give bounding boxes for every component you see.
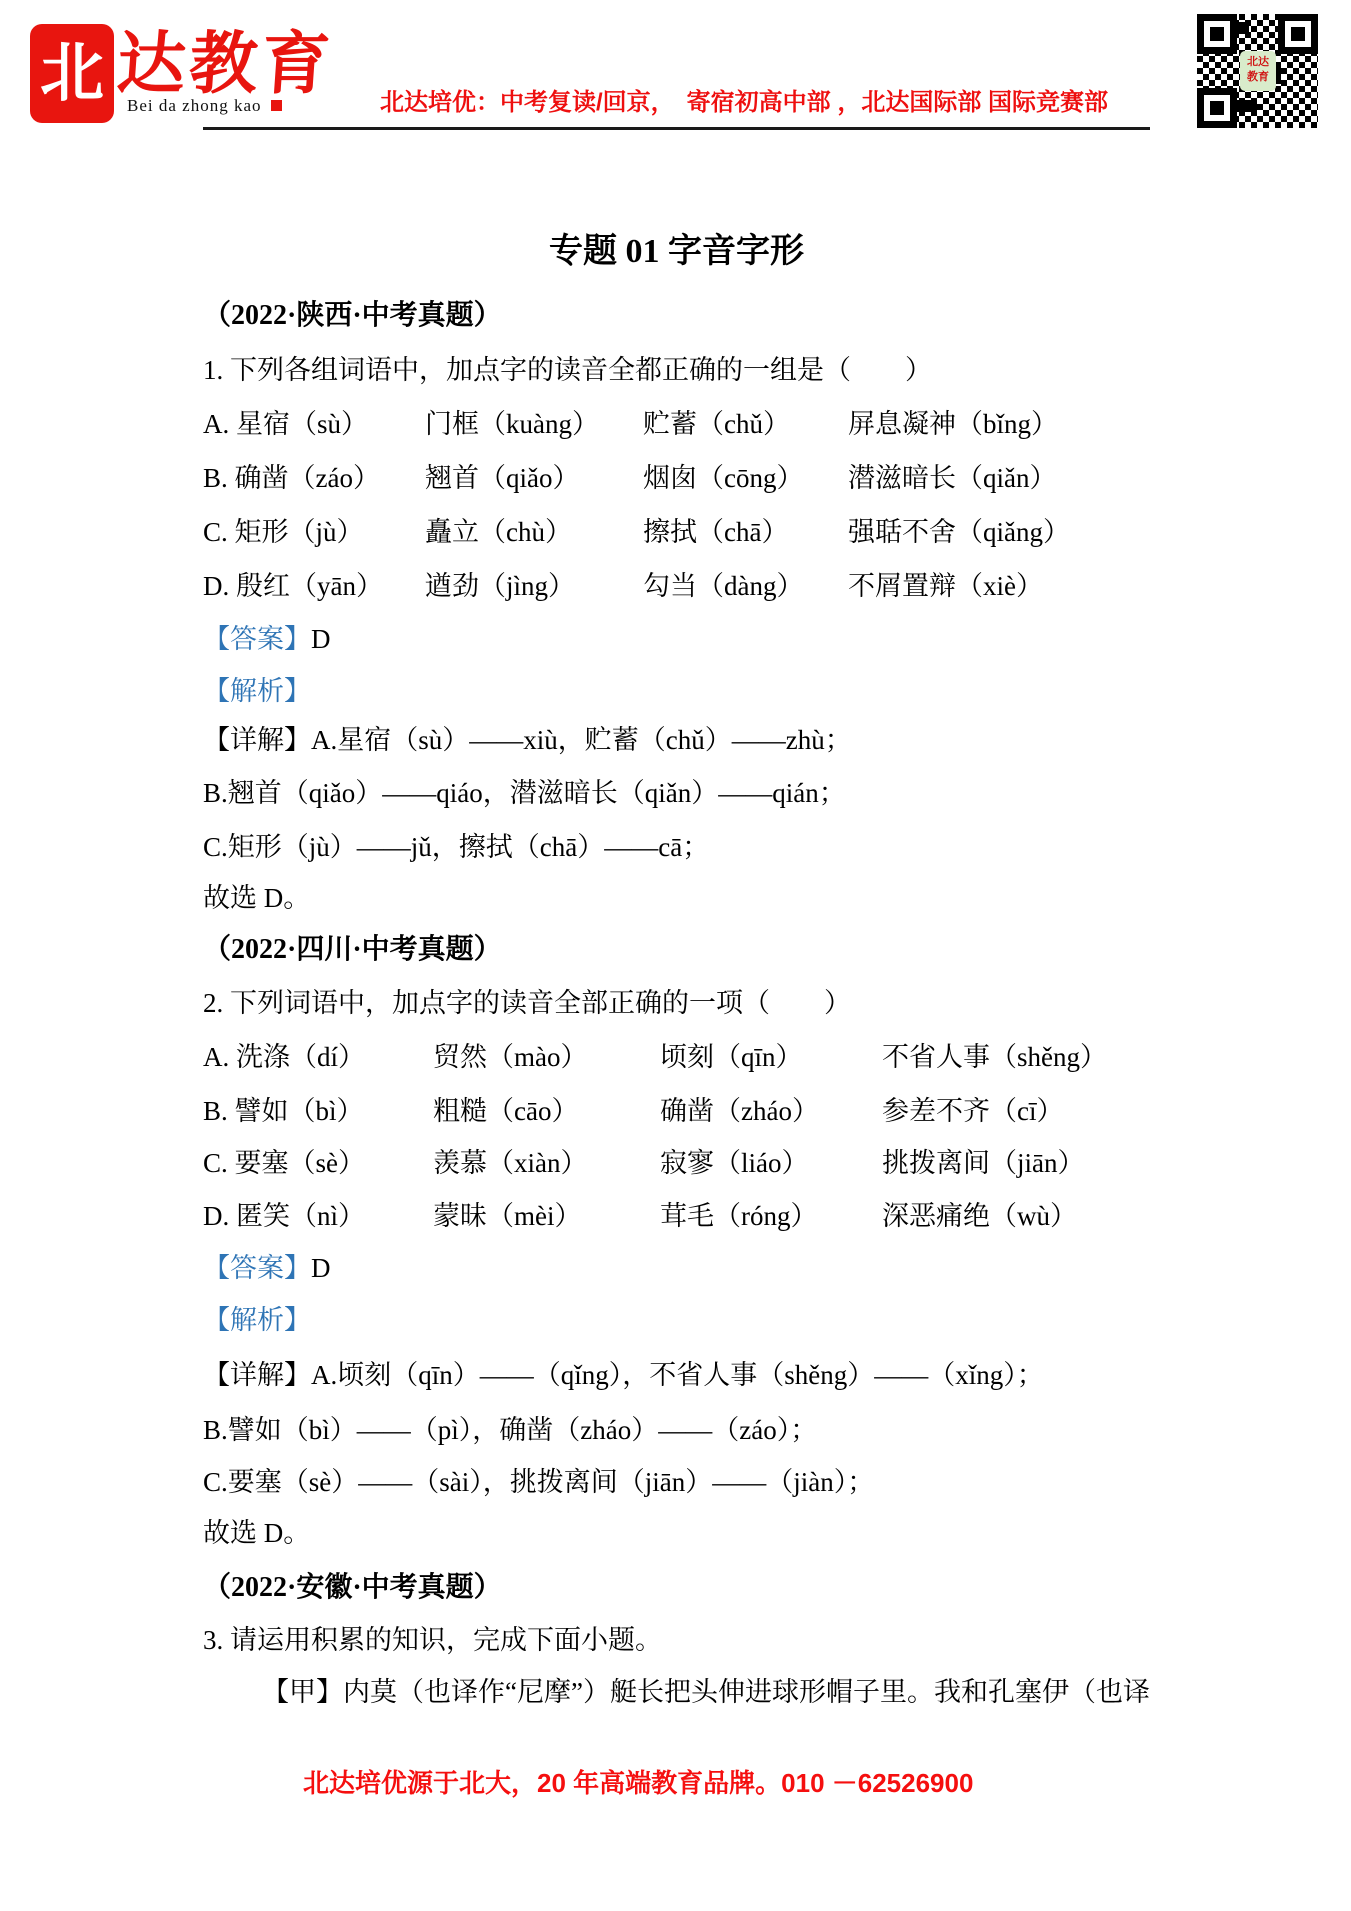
question2-option-row-d: D. 匿笑（nì） 蒙昧（mèi） 茸毛（róng） 深恶痛绝（wù）	[203, 1189, 1163, 1243]
question2-source: （2022·四川·中考真题）	[203, 923, 1163, 977]
option-cell: 遒劲（jìng）	[425, 559, 575, 613]
answer-label: 【答案】	[203, 624, 311, 654]
qr-badge-text-bottom: 教育	[1240, 70, 1276, 85]
option-cell: B. 譬如（bì）	[203, 1084, 364, 1138]
option-cell: B. 确凿（záo）	[203, 451, 380, 505]
question1-analysis-line: 【解析】	[203, 664, 1163, 718]
option-cell: 不屑置辩（xiè）	[848, 559, 1043, 613]
option-cell: 擦拭（chā）	[643, 505, 788, 559]
option-cell: 顷刻（qīn）	[660, 1030, 803, 1084]
option-cell: 参差不齐（cī）	[882, 1084, 1064, 1138]
option-cell: 烟囱（cōng）	[643, 451, 803, 505]
logo-seal-char: 北	[30, 24, 114, 123]
question1-detail-2: B.翘首（qiǎo）——qiáo，潜滋暗长（qiǎn）——qián；	[203, 766, 1163, 820]
question1-conclusion: 故选 D。	[203, 871, 1163, 925]
option-cell: 挑拨离间（jiān）	[882, 1136, 1085, 1190]
option-cell: 门框（kuàng）	[425, 397, 599, 451]
logo-brand-text: 达教育	[115, 10, 337, 102]
red-square-icon	[271, 100, 282, 111]
answer-label: 【答案】	[203, 1253, 311, 1283]
logo-seal: 北	[30, 24, 114, 123]
question1-detail-1: 【详解】A.星宿（sù）——xiù，贮蓄（chǔ）——zhù；	[203, 713, 1163, 767]
option-cell: 蒙昧（mèi）	[433, 1189, 582, 1243]
question2-analysis-line: 【解析】	[203, 1293, 1163, 1347]
question1-stem: 1. 下列各组词语中，加点字的读音全都正确的一组是（ ）	[203, 343, 1163, 397]
analysis-label: 【解析】	[203, 676, 311, 706]
option-cell: A. 星宿（sù）	[203, 397, 368, 451]
option-cell: C. 矩形（jù）	[203, 505, 364, 559]
question2-conclusion: 故选 D。	[203, 1506, 1163, 1560]
header-divider	[203, 127, 1150, 130]
option-cell: 屏息凝神（bǐng）	[848, 397, 1058, 451]
qr-finder-bottom-left	[1197, 88, 1237, 128]
question1-answer-line: 【答案】D	[203, 612, 1163, 666]
footer-slogan: 北达培优源于北大，20 年高端教育品牌。010 －62526900	[303, 1756, 973, 1810]
answer-value: D	[311, 624, 331, 654]
option-cell: 茸毛（róng）	[660, 1189, 818, 1243]
question3-source: （2022·安徽·中考真题）	[203, 1561, 1163, 1615]
qr-block	[1237, 100, 1257, 112]
answer-value: D	[311, 1253, 331, 1283]
qr-badge-text-top: 北达	[1240, 55, 1276, 70]
option-cell: C. 要塞（sè）	[203, 1136, 365, 1190]
option-cell: 贮蓄（chǔ）	[643, 397, 790, 451]
option-cell: 矗立（chù）	[425, 505, 572, 559]
option-cell: 粗糙（cāo）	[433, 1084, 578, 1138]
logo-tagline: Bei da zhong kao	[127, 96, 282, 116]
option-cell: 翘首（qiǎo）	[425, 451, 580, 505]
question2-option-row-a: A. 洗涤（dí） 贸然（mào） 顷刻（qīn） 不省人事（shěng）	[203, 1030, 1163, 1084]
logo-tagline-text: Bei da zhong kao	[127, 96, 262, 115]
page-title: 专题 01 字音字形	[203, 223, 1150, 281]
question1-option-row-b: B. 确凿（záo） 翘首（qiǎo） 烟囱（cōng） 潜滋暗长（qiǎn）	[203, 451, 1163, 505]
analysis-label: 【解析】	[203, 1305, 311, 1335]
option-cell: 寂寥（liáo）	[660, 1136, 809, 1190]
option-cell: A. 洗涤（dí）	[203, 1030, 365, 1084]
option-cell: 勾当（dàng）	[643, 559, 803, 613]
option-cell: 确凿（zháo）	[660, 1084, 819, 1138]
question1-option-row-a: A. 星宿（sù） 门框（kuàng） 贮蓄（chǔ） 屏息凝神（bǐng）	[203, 397, 1163, 451]
question2-detail-3: C.要塞（sè）——（sài），挑拨离间（jiān）——（jiàn）；	[203, 1455, 1163, 1509]
option-cell: 羡慕（xiàn）	[433, 1136, 588, 1190]
question1-option-row-d: D. 殷红（yān） 遒劲（jìng） 勾当（dàng） 不屑置辩（xiè）	[203, 559, 1163, 613]
question1-option-row-c: C. 矩形（jù） 矗立（chù） 擦拭（chā） 强聒不舍（qiǎng）	[203, 505, 1163, 559]
question2-detail-2: B.譬如（bì）——（pì），确凿（zháo）——（záo）；	[203, 1403, 1163, 1457]
question2-option-row-b: B. 譬如（bì） 粗糙（cāo） 确凿（zháo） 参差不齐（cī）	[203, 1084, 1163, 1138]
question1-source: （2022·陕西·中考真题）	[203, 289, 1163, 343]
question1-detail-3: C.矩形（jù）——jǔ，擦拭（chā）——cā；	[203, 820, 1163, 874]
qr-finder-top-left	[1197, 14, 1237, 54]
option-cell: 深恶痛绝（wù）	[882, 1189, 1077, 1243]
question2-answer-line: 【答案】D	[203, 1241, 1163, 1295]
qr-center-badge: 北达 教育	[1240, 51, 1276, 91]
option-cell: D. 匿笑（nì）	[203, 1189, 365, 1243]
question2-detail-1: 【详解】A.顷刻（qīn）——（qǐng），不省人事（shěng）——（xǐng…	[203, 1348, 1163, 1402]
question3-stem: 3. 请运用积累的知识，完成下面小题。	[203, 1613, 1163, 1667]
header-slogan: 北达培优：中考复读/回京， 寄宿初高中部 ，北达国际部 国际竞赛部	[380, 88, 1140, 118]
option-cell: 贸然（mào）	[433, 1030, 588, 1084]
worksheet-page: 北 达教育 Bei da zhong kao 北达培优：中考复读/回京， 寄宿初…	[0, 0, 1351, 1911]
qr-finder-top-right	[1278, 14, 1318, 54]
option-cell: 强聒不舍（qiǎng）	[848, 505, 1070, 559]
qr-code: 北达 教育	[1197, 14, 1318, 128]
option-cell: 不省人事（shěng）	[882, 1030, 1107, 1084]
question3-passage: 【甲】内莫（也译作“尼摩”）艇长把头伸进球形帽子里。我和孔塞伊（也译	[203, 1665, 1222, 1719]
option-cell: D. 殷红（yān）	[203, 559, 383, 613]
question2-option-row-c: C. 要塞（sè） 羡慕（xiàn） 寂寥（liáo） 挑拨离间（jiān）	[203, 1136, 1163, 1190]
option-cell: 潜滋暗长（qiǎn）	[848, 451, 1057, 505]
question2-stem: 2. 下列词语中，加点字的读音全部正确的一项（ ）	[203, 976, 1163, 1030]
